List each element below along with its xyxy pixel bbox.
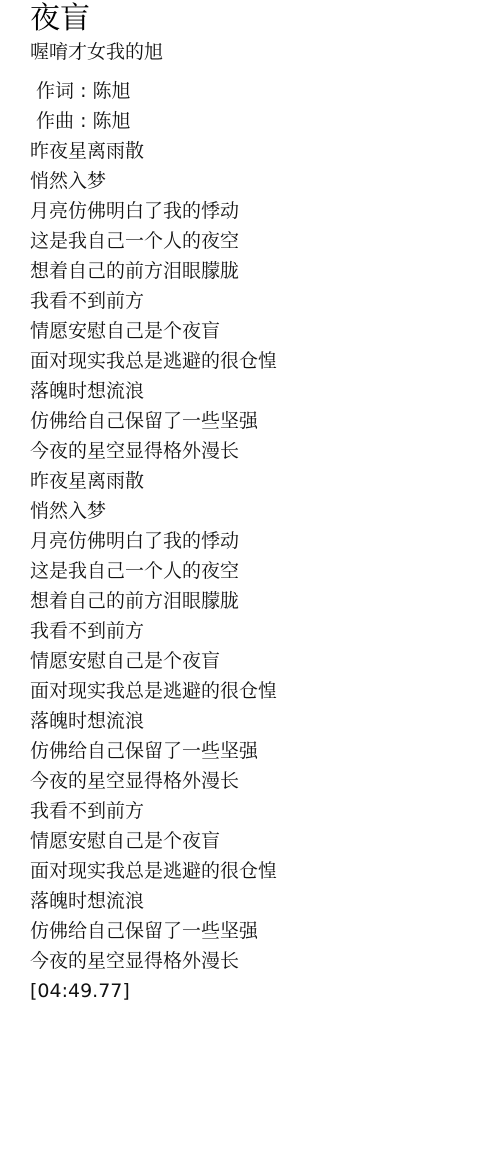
lyric-line: 落魄时想流浪: [30, 706, 277, 736]
lyric-line: 面对现实我总是逃避的很仓惶: [30, 676, 277, 706]
lyric-line: 情愿安慰自己是个夜盲: [30, 316, 277, 346]
song-title: 夜盲: [30, 0, 277, 38]
lyric-line: 落魄时想流浪: [30, 376, 277, 406]
song-artist: 喔唷才女我的旭: [30, 38, 277, 66]
lyric-line: 面对现实我总是逃避的很仓惶: [30, 346, 277, 376]
lyric-line: 昨夜星离雨散: [30, 466, 277, 496]
lyrics-page: 夜盲 喔唷才女我的旭 作词 : 陈旭 作曲 : 陈旭 昨夜星离雨散悄然入梦月亮仿…: [30, 0, 277, 1006]
lyric-line: 想着自己的前方泪眼朦胧: [30, 586, 277, 616]
lyric-line: 仿佛给自己保留了一些坚强: [30, 736, 277, 766]
lyric-line: 仿佛给自己保留了一些坚强: [30, 916, 277, 946]
lyric-line: 情愿安慰自己是个夜盲: [30, 646, 277, 676]
lyric-line: 面对现实我总是逃避的很仓惶: [30, 856, 277, 886]
lyric-line: 今夜的星空显得格外漫长: [30, 766, 277, 796]
lyrics-body: 昨夜星离雨散悄然入梦月亮仿佛明白了我的悸动这是我自己一个人的夜空想着自己的前方泪…: [30, 136, 277, 976]
lyric-line: 昨夜星离雨散: [30, 136, 277, 166]
lyric-line: 想着自己的前方泪眼朦胧: [30, 256, 277, 286]
lyric-line: 仿佛给自己保留了一些坚强: [30, 406, 277, 436]
lyric-line: 今夜的星空显得格外漫长: [30, 436, 277, 466]
lyric-line: 这是我自己一个人的夜空: [30, 556, 277, 586]
credits: 作词 : 陈旭 作曲 : 陈旭: [30, 76, 277, 136]
lyric-line: 悄然入梦: [30, 496, 277, 526]
credit-lyricist: 作词 : 陈旭: [30, 76, 277, 106]
lyric-line: 月亮仿佛明白了我的悸动: [30, 196, 277, 226]
lyric-line: 今夜的星空显得格外漫长: [30, 946, 277, 976]
lyric-line: 落魄时想流浪: [30, 886, 277, 916]
lyric-line: 悄然入梦: [30, 166, 277, 196]
lyric-line: 我看不到前方: [30, 616, 277, 646]
lyric-line: 我看不到前方: [30, 796, 277, 826]
lyric-line: 月亮仿佛明白了我的悸动: [30, 526, 277, 556]
lyric-line: 这是我自己一个人的夜空: [30, 226, 277, 256]
end-timestamp: [04:49.77]: [30, 976, 277, 1006]
lyric-line: 情愿安慰自己是个夜盲: [30, 826, 277, 856]
credit-composer: 作曲 : 陈旭: [30, 106, 277, 136]
lyric-line: 我看不到前方: [30, 286, 277, 316]
